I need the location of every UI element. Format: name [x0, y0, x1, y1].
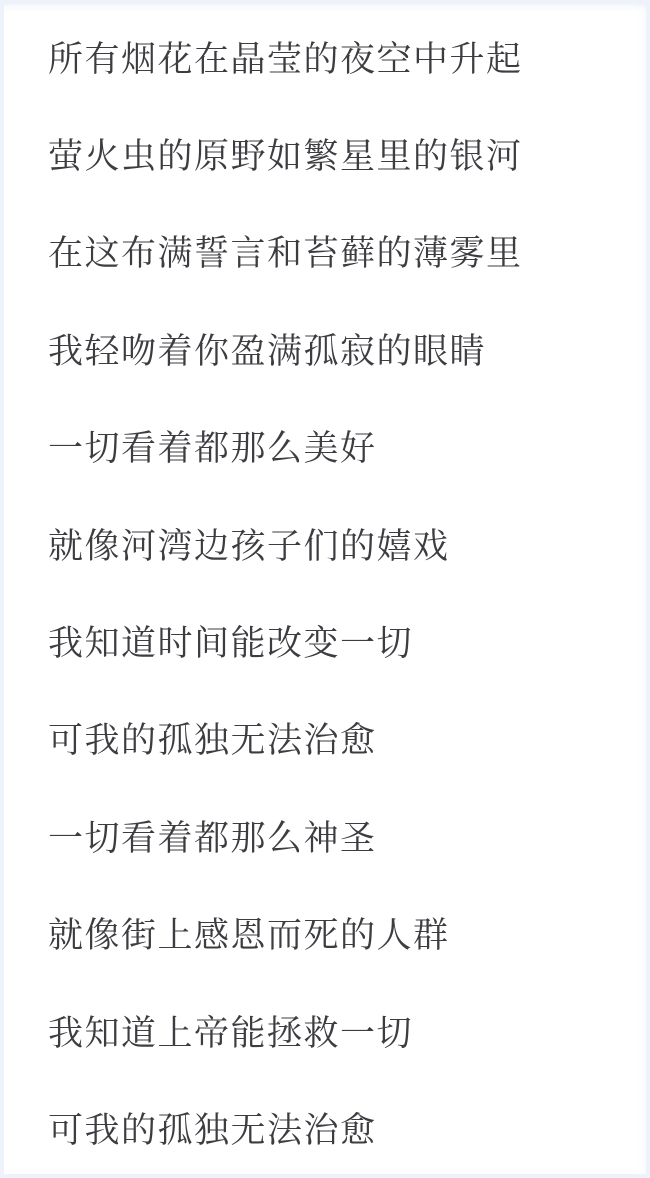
lyric-line: 萤火虫的原野如繁星里的银河	[48, 105, 630, 202]
lyric-line: 我轻吻着你盈满孤寂的眼睛	[48, 300, 630, 397]
lyric-line: 可我的孤独无法治愈	[48, 1079, 630, 1176]
lyric-line: 我知道时间能改变一切	[48, 592, 630, 689]
lyrics-page: 所有烟花在晶莹的夜空中升起 萤火虫的原野如繁星里的银河 在这布满誓言和苔藓的薄雾…	[0, 0, 650, 1178]
lyrics-block: 所有烟花在晶莹的夜空中升起 萤火虫的原野如繁星里的银河 在这布满誓言和苔藓的薄雾…	[48, 8, 630, 1177]
lyric-line: 所有烟花在晶莹的夜空中升起	[48, 8, 630, 105]
lyric-line: 在这布满誓言和苔藓的薄雾里	[48, 203, 630, 300]
lyric-line: 就像河湾边孩子们的嬉戏	[48, 495, 630, 592]
lyric-line: 我知道上帝能拯救一切	[48, 982, 630, 1079]
lyric-line: 就像街上感恩而死的人群	[48, 885, 630, 982]
lyric-line: 可我的孤独无法治愈	[48, 690, 630, 787]
lyric-line: 一切看着都那么美好	[48, 398, 630, 495]
lyric-line: 一切看着都那么神圣	[48, 787, 630, 884]
